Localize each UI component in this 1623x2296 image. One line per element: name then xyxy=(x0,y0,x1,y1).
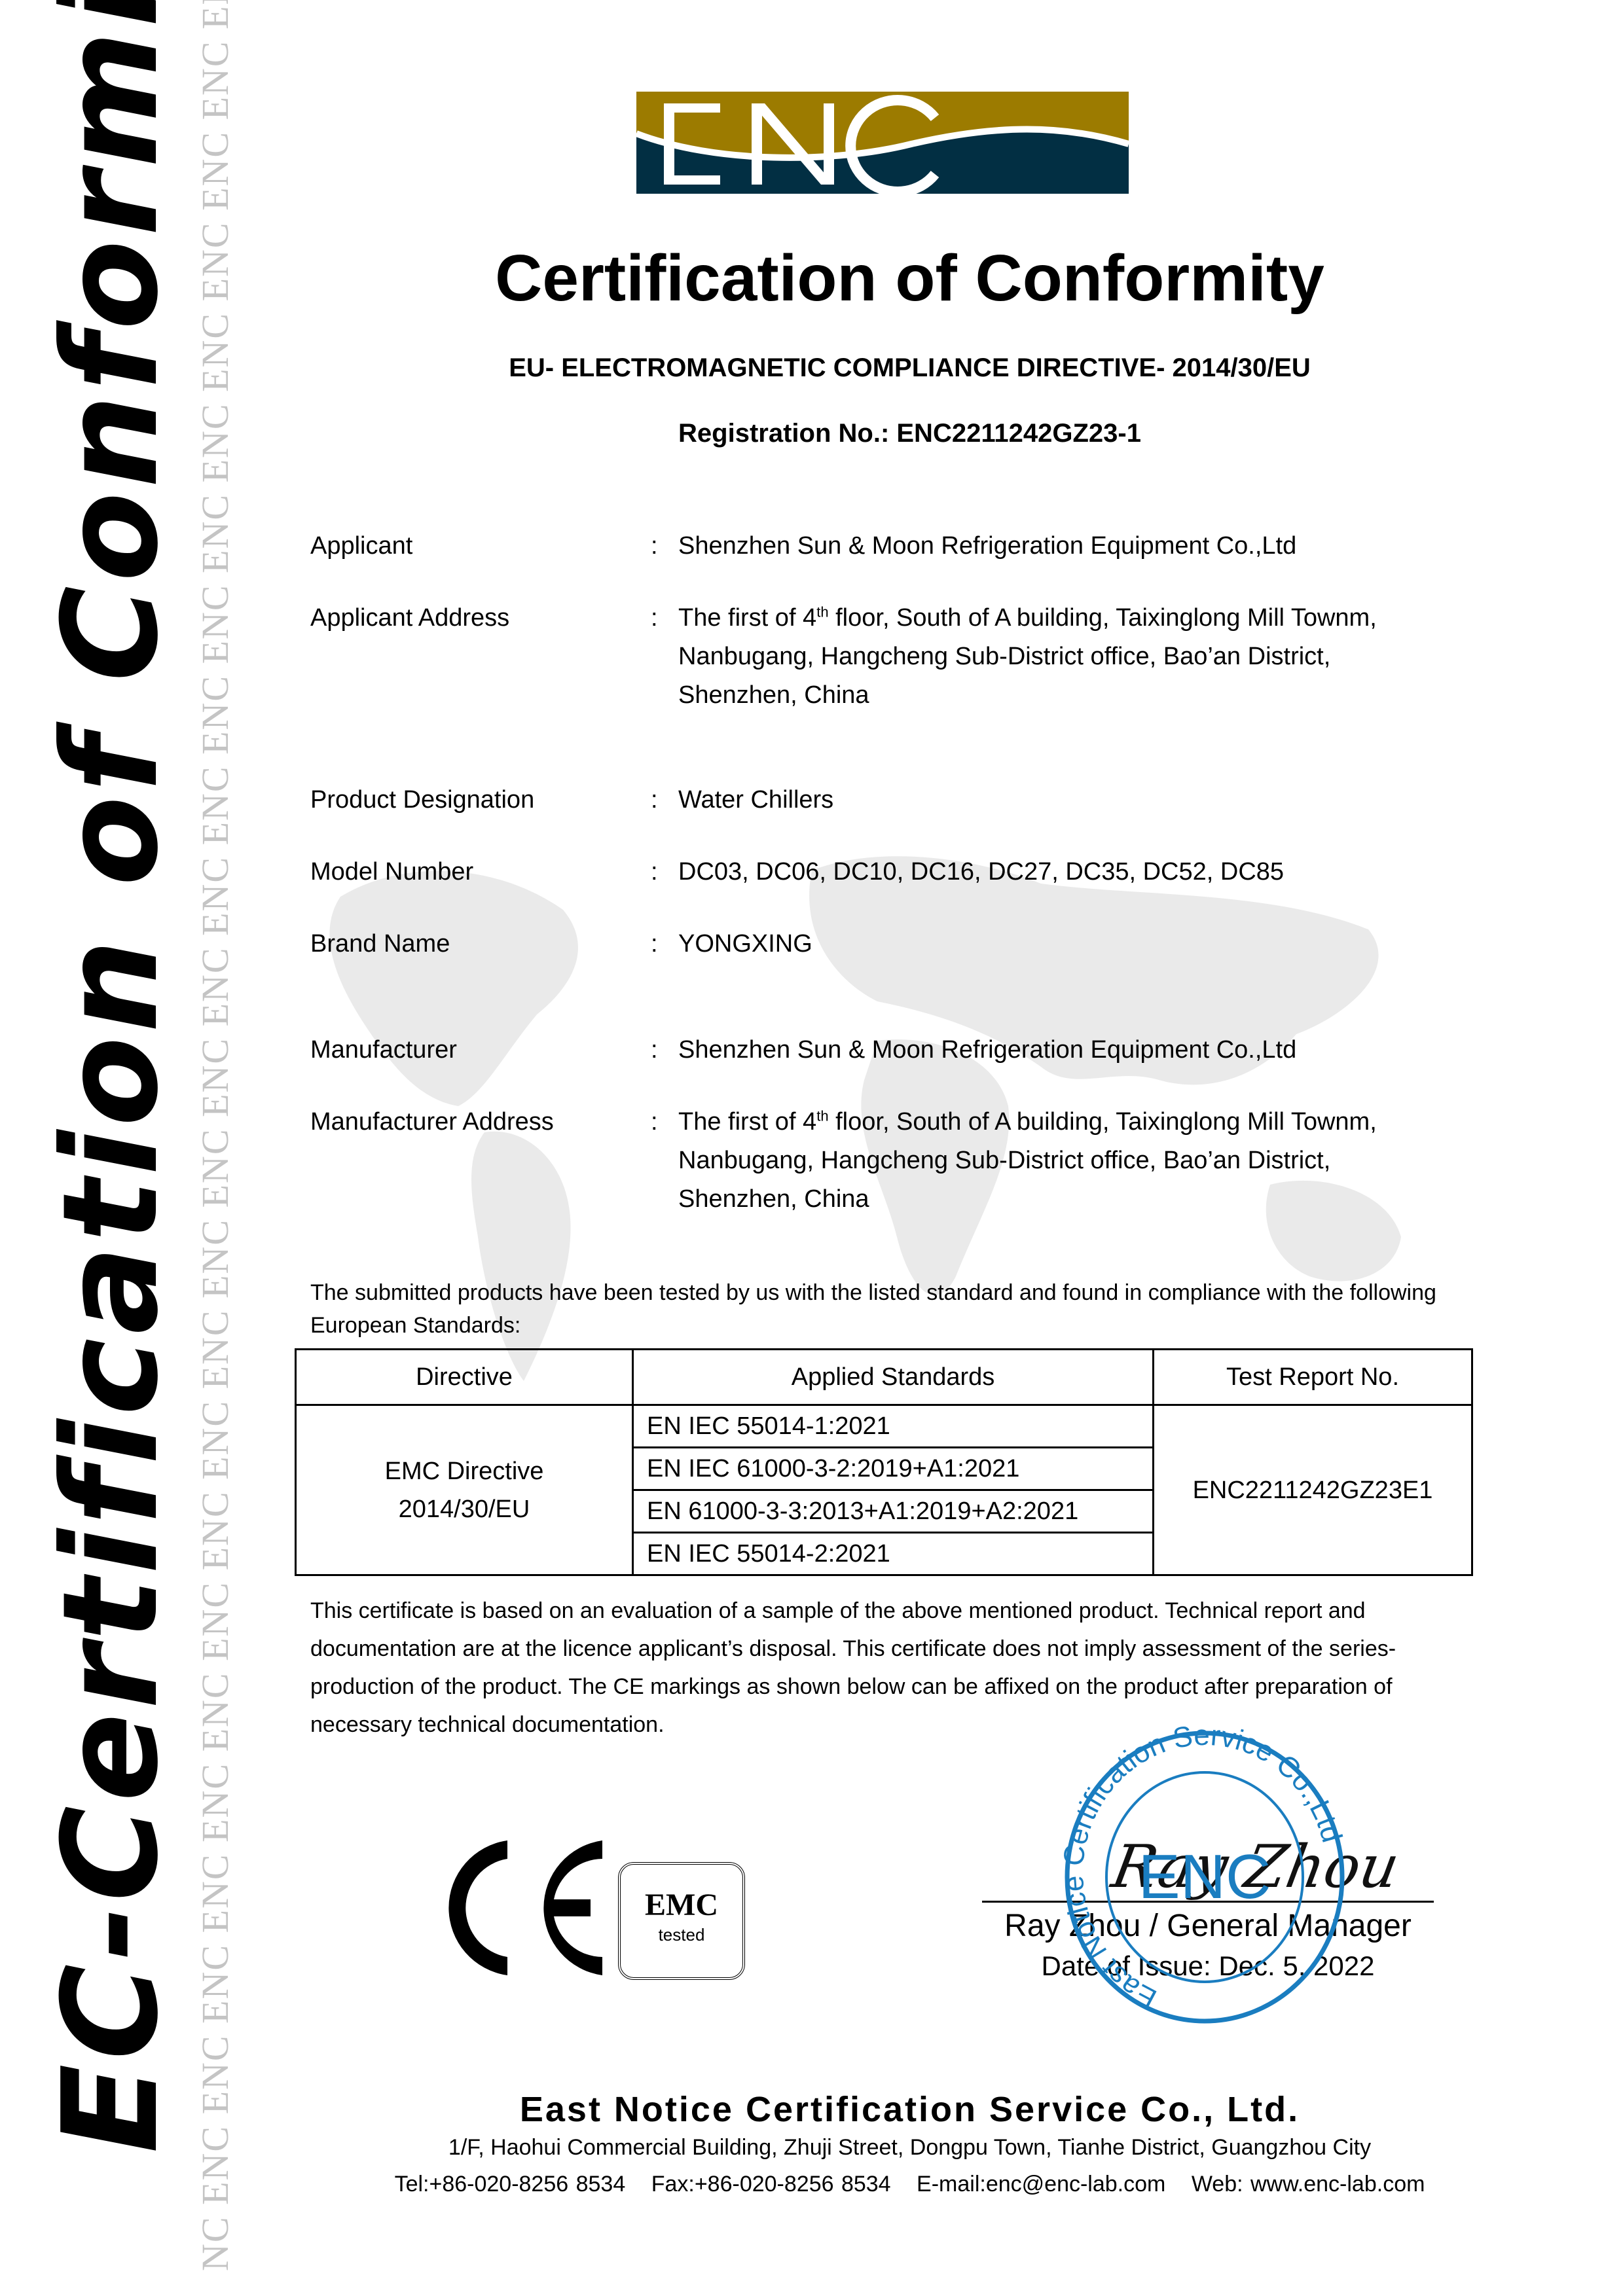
field-colon: : xyxy=(651,1103,658,1141)
field-colon: : xyxy=(651,1031,658,1069)
address-line3: Shenzhen, China xyxy=(678,676,1477,715)
issuer-company-name: East Notice Certification Service Co., L… xyxy=(0,2089,1623,2130)
field-value: Water Chillers xyxy=(678,781,1477,819)
field-label: Manufacturer Address xyxy=(310,1103,554,1141)
address-line2: Nanbugang, Hangcheng Sub-District office… xyxy=(678,1141,1477,1180)
enc-watermark-strip: NC ENC ENC ENC ENC ENC ENC ENC ENC ENC E… xyxy=(196,0,234,2271)
report-number-cell: ENC2211242GZ23E1 xyxy=(1154,1405,1472,1575)
vertical-title: EC-Certification of Conformity xyxy=(46,0,177,2153)
tested-label: tested xyxy=(621,1925,742,1945)
email-address[interactable]: E-mail:enc@enc-lab.com xyxy=(917,2172,1165,2197)
company-stamp-icon: East Notice Certification Service Co.,Lt… xyxy=(1061,1727,1349,2028)
directive-name: EMC Directive xyxy=(297,1452,631,1490)
field-label: Manufacturer xyxy=(310,1031,457,1069)
compliance-intro: The submitted products have been tested … xyxy=(310,1276,1476,1342)
standard-cell: EN 61000-3-3:2013+A1:2019+A2:2021 xyxy=(633,1490,1154,1533)
standard-cell: EN IEC 55014-2:2021 xyxy=(633,1533,1154,1575)
directive-cell: EMC Directive 2014/30/EU xyxy=(296,1405,633,1575)
address-line1-end: floor, South of A building, Taixinglong … xyxy=(829,604,1377,632)
issuer-address: 1/F, Haohui Commercial Building, Zhuji S… xyxy=(0,2135,1623,2161)
field-colon: : xyxy=(651,599,658,637)
field-label: Model Number xyxy=(310,853,473,891)
field-colon: : xyxy=(651,853,658,891)
certificate-disclaimer: This certificate is based on an evaluati… xyxy=(310,1592,1476,1744)
table-row: EMC Directive 2014/30/EU EN IEC 55014-1:… xyxy=(296,1405,1472,1448)
field-label: Applicant Address xyxy=(310,599,509,637)
field-value: The first of 4th floor, South of A build… xyxy=(678,1103,1477,1219)
field-label: Applicant xyxy=(310,527,412,565)
address-line3: Shenzhen, China xyxy=(678,1180,1477,1219)
website-link[interactable]: Web: www.enc-lab.com xyxy=(1192,2172,1425,2197)
emc-tested-badge: EMC tested xyxy=(618,1862,745,1980)
field-value: Shenzhen Sun & Moon Refrigeration Equipm… xyxy=(678,527,1477,565)
ce-mark-icon xyxy=(445,1839,635,1977)
standard-cell: EN IEC 61000-3-2:2019+A1:2021 xyxy=(633,1448,1154,1490)
fax-number: Fax:+86-020-8256 8534 xyxy=(651,2172,891,2197)
enc-logo xyxy=(636,92,1129,194)
field-label: Brand Name xyxy=(310,925,450,963)
address-line1-end: floor, South of A building, Taixinglong … xyxy=(829,1108,1377,1136)
field-value: Shenzhen Sun & Moon Refrigeration Equipm… xyxy=(678,1031,1477,1069)
directive-subtitle: EU- ELECTROMAGNETIC COMPLIANCE DIRECTIVE… xyxy=(0,353,1623,383)
field-value: DC03, DC06, DC10, DC16, DC27, DC35, DC52… xyxy=(678,853,1477,891)
ordinal-suffix: th xyxy=(816,1107,828,1124)
table-header-row: Directive Applied Standards Test Report … xyxy=(296,1350,1472,1405)
issuer-contact: Tel:+86-020-8256 8534 Fax:+86-020-8256 8… xyxy=(0,2172,1623,2197)
phone-number: Tel:+86-020-8256 8534 xyxy=(395,2172,626,2197)
field-value: The first of 4th floor, South of A build… xyxy=(678,599,1477,715)
field-label: Product Designation xyxy=(310,781,534,819)
field-colon: : xyxy=(651,527,658,565)
header-applied-standards: Applied Standards xyxy=(633,1350,1154,1405)
field-colon: : xyxy=(651,925,658,963)
registration-number: Registration No.: ENC2211242GZ23-1 xyxy=(0,419,1623,448)
stamp-center-text: ENC xyxy=(1139,1842,1271,1912)
emc-label: EMC xyxy=(621,1890,742,1921)
field-colon: : xyxy=(651,781,658,819)
ordinal-suffix: th xyxy=(816,603,828,620)
standard-cell: EN IEC 55014-1:2021 xyxy=(633,1405,1154,1448)
address-line1-start: The first of 4 xyxy=(678,1108,816,1136)
address-line2: Nanbugang, Hangcheng Sub-District office… xyxy=(678,637,1477,676)
directive-number: 2014/30/EU xyxy=(297,1490,631,1528)
address-line1-start: The first of 4 xyxy=(678,604,816,632)
field-value: YONGXING xyxy=(678,925,1477,963)
header-test-report: Test Report No. xyxy=(1154,1350,1472,1405)
header-directive: Directive xyxy=(296,1350,633,1405)
certificate-title: Certification of Conformity xyxy=(0,245,1623,311)
standards-table: Directive Applied Standards Test Report … xyxy=(295,1348,1473,1576)
